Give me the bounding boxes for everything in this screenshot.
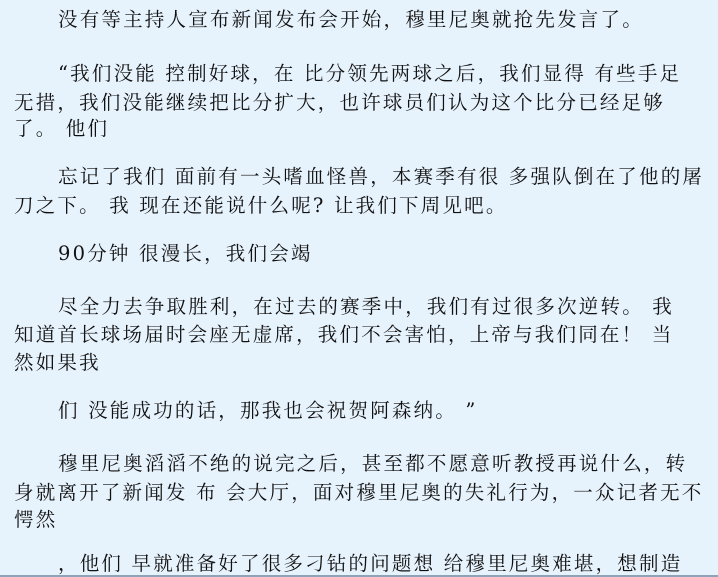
text-line: 身就离开了新闻发 布 会大厅，面对穆里尼奥的失礼行为，一众记者无不 <box>14 481 704 505</box>
text-line: 们 没能成功的话，那我也会祝贺阿森纳。 ” <box>58 399 478 423</box>
text-line: 忘记了我们 面前有一头嗜血怪兽，本赛季有很 多强队倒在了他的屠 <box>58 165 704 189</box>
text-line: ，他们 早就准备好了很多刁钻的问题想 给穆里尼奥难堪，想制造 <box>58 552 682 576</box>
text-line: 无措，我们没能继续把比分扩大，也许球员们认为这个比分已经足够 <box>14 91 665 115</box>
text-line: 然如果我 <box>14 351 101 375</box>
text-line: “我们没能 控制好球，在 比分领先两球之后，我们显得 有些手足 <box>58 62 681 86</box>
text-line: 90分钟 很漫长，我们会竭 <box>58 242 313 266</box>
document-page: 没有等主持人宣布新闻发布会开始，穆里尼奥就抢先发言了。 “我们没能 控制好球，在… <box>0 0 718 577</box>
text-line: 穆里尼奥滔滔不绝的说完之后，甚至都不愿意听教授再说什么，转 <box>58 452 687 476</box>
text-line: 没有等主持人宣布新闻发布会开始，穆里尼奥就抢先发言了。 <box>58 8 644 32</box>
text-line: 尽全力去争取胜利，在过去的赛季中，我们有过很多次逆转。 我 <box>58 295 674 319</box>
text-line: 了。 他们 <box>14 117 109 141</box>
text-line: 知道首长球场届时会座无虚席，我们不会害怕，上帝与我们同在！ 当 <box>14 323 673 347</box>
text-line: 刀之下。 我 现在还能说什么呢? 让我们下周见吧。 <box>14 194 508 218</box>
text-line: 愕然 <box>14 508 57 532</box>
